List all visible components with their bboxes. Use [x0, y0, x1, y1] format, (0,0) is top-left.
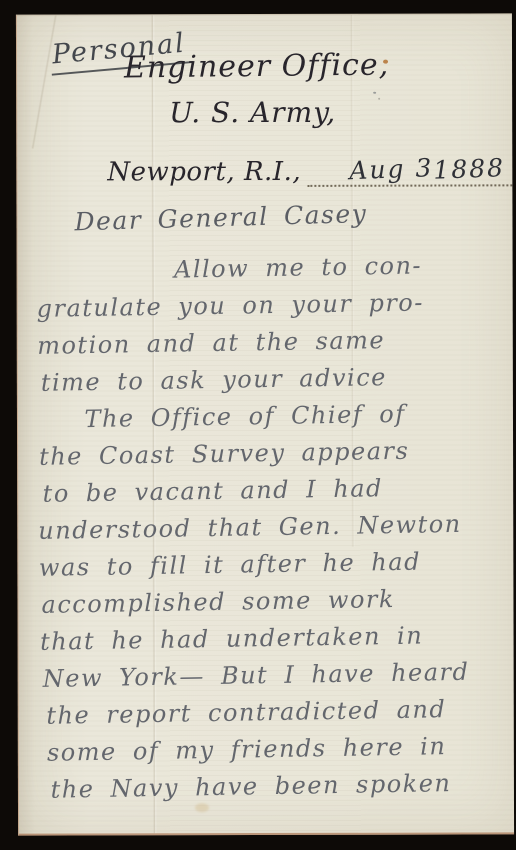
handwritten-line: understood that Gen. Newton [38, 505, 510, 550]
date-rule-dotted-line: Aug 3 1888 [307, 143, 514, 187]
salutation: Dear General Casey [74, 199, 368, 236]
letter-body: Allow me to con- gratulate you on your p… [34, 246, 514, 809]
letterhead-army-line: U. S. Army, [16, 95, 500, 129]
letterhead-place: Newport, R.I., [107, 157, 301, 188]
handwritten-date-year: 1888 [433, 153, 506, 185]
letter-page: Personal Engineer Office, U. S. Army, Ne… [16, 13, 514, 835]
letter-scan: Personal Engineer Office, U. S. Army, Ne… [0, 0, 516, 850]
dateline-row: Newport, R.I., Aug 3 1888 [107, 144, 484, 187]
handwritten-date-day: Aug 3 [349, 153, 434, 185]
ink-speck [373, 92, 376, 94]
handwritten-line: Allow me to con- [174, 246, 506, 288]
handwritten-line: the Navy have been spoken [50, 764, 514, 809]
letterhead-office-line: Engineer Office, [16, 46, 504, 87]
